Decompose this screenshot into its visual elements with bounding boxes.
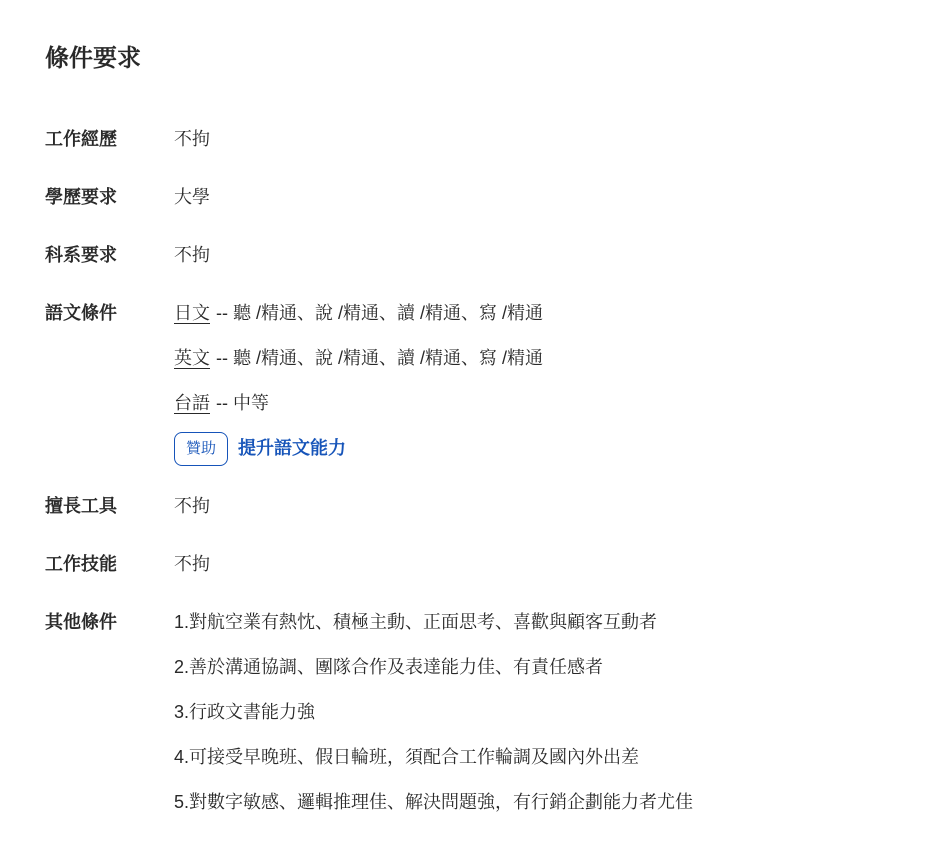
other-condition-line: 4.可接受早晚班、假日輪班，須配合工作輪調及國內外出差 [174, 735, 908, 780]
row-label: 工作技能 [45, 542, 174, 587]
requirement-row-major: 科系要求 不拘 [45, 233, 908, 278]
sponsor-row: 贊助 提升語文能力 [174, 426, 908, 471]
language-conditions: 日文-- 聽 /精通、說 /精通、讀 /精通、寫 /精通 英文-- 聽 /精通、… [174, 291, 908, 471]
sponsor-badge[interactable]: 贊助 [174, 432, 228, 466]
row-label: 擅長工具 [45, 484, 174, 529]
requirement-row-other: 其他條件 1.對航空業有熱忱、積極主動、正面思考、喜歡與顧客互動者 2.善於溝通… [45, 600, 908, 825]
language-name-link[interactable]: 英文 [174, 348, 210, 368]
other-condition-line: 5.對數字敏感、邏輯推理佳、解決問題強，有行銷企劃能力者尤佳 [174, 780, 908, 825]
row-value: 不拘 [174, 542, 908, 587]
row-label: 語文條件 [45, 291, 174, 336]
other-condition-line: 1.對航空業有熱忱、積極主動、正面思考、喜歡與顧客互動者 [174, 600, 908, 645]
language-line: 台語-- 中等 [174, 381, 908, 426]
language-line: 英文-- 聽 /精通、說 /精通、讀 /精通、寫 /精通 [174, 336, 908, 381]
language-levels: -- 聽 /精通、說 /精通、讀 /精通、寫 /精通 [216, 303, 543, 323]
page-title: 條件要求 [45, 43, 908, 75]
sponsor-link[interactable]: 提升語文能力 [238, 426, 346, 471]
requirement-row-tools: 擅長工具 不拘 [45, 484, 908, 529]
requirement-row-education: 學歷要求 大學 [45, 175, 908, 220]
requirement-row-skills: 工作技能 不拘 [45, 542, 908, 587]
requirement-row-experience: 工作經歷 不拘 [45, 117, 908, 162]
requirements-section: 條件要求 工作經歷 不拘 學歷要求 大學 科系要求 不拘 語文條件 日文-- 聽… [0, 0, 948, 825]
other-condition-line: 3.行政文書能力強 [174, 690, 908, 735]
row-value: 不拘 [174, 484, 908, 529]
row-label: 其他條件 [45, 600, 174, 645]
row-label: 學歷要求 [45, 175, 174, 220]
language-name-link[interactable]: 日文 [174, 303, 210, 323]
language-name-link[interactable]: 台語 [174, 393, 210, 413]
requirement-row-language: 語文條件 日文-- 聽 /精通、說 /精通、讀 /精通、寫 /精通 英文-- 聽… [45, 291, 908, 471]
row-label: 工作經歷 [45, 117, 174, 162]
row-value: 不拘 [174, 233, 908, 278]
other-conditions: 1.對航空業有熱忱、積極主動、正面思考、喜歡與顧客互動者 2.善於溝通協調、團隊… [174, 600, 908, 825]
row-value: 大學 [174, 175, 908, 220]
row-value: 不拘 [174, 117, 908, 162]
language-levels: -- 中等 [216, 393, 269, 413]
language-levels: -- 聽 /精通、說 /精通、讀 /精通、寫 /精通 [216, 348, 543, 368]
other-condition-line: 2.善於溝通協調、團隊合作及表達能力佳、有責任感者 [174, 645, 908, 690]
row-label: 科系要求 [45, 233, 174, 278]
language-line: 日文-- 聽 /精通、說 /精通、讀 /精通、寫 /精通 [174, 291, 908, 336]
